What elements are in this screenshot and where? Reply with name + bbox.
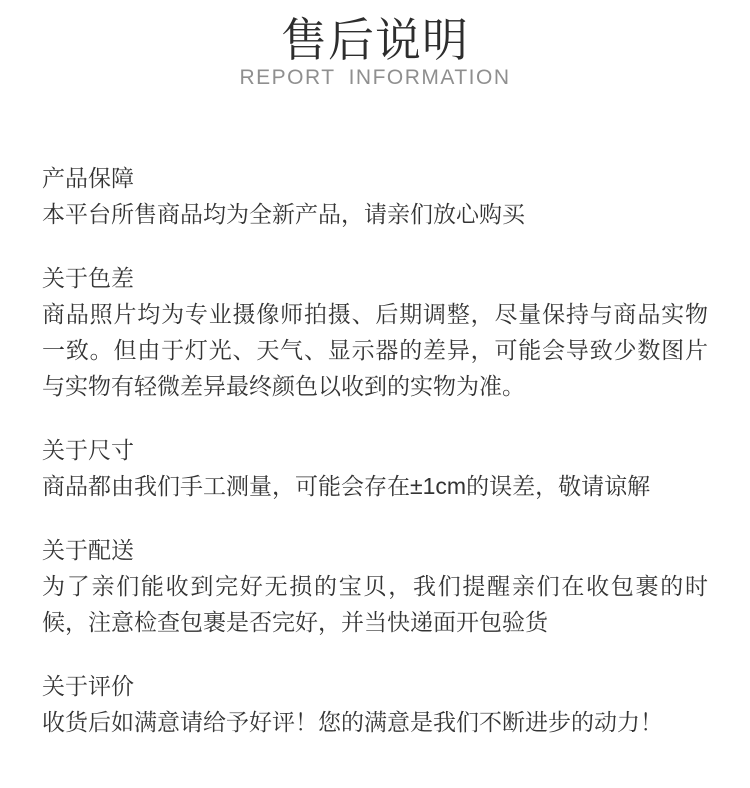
after-sales-info-page: 售后说明 REPORT INFORMATION 产品保障 本平台所售商品均为全新… bbox=[0, 0, 750, 788]
page-header: 售后说明 REPORT INFORMATION bbox=[0, 0, 750, 90]
section-heading: 产品保障 bbox=[42, 160, 708, 196]
section-body: 收货后如满意请给予好评！您的满意是我们不断进步的动力！ bbox=[42, 704, 708, 740]
section-body: 本平台所售商品均为全新产品，请亲们放心购买 bbox=[42, 196, 708, 232]
sections-container: 产品保障 本平台所售商品均为全新产品，请亲们放心购买 关于色差 商品照片均为专业… bbox=[0, 160, 750, 740]
section-review: 关于评价 收货后如满意请给予好评！您的满意是我们不断进步的动力！ bbox=[42, 668, 708, 740]
section-heading: 关于尺寸 bbox=[42, 432, 708, 468]
section-body: 商品都由我们手工测量，可能会存在±1cm的误差，敬请谅解 bbox=[42, 468, 708, 504]
section-color-difference: 关于色差 商品照片均为专业摄像师拍摄、后期调整，尽量保持与商品实物一致。但由于灯… bbox=[42, 260, 708, 404]
section-heading: 关于色差 bbox=[42, 260, 708, 296]
section-size: 关于尺寸 商品都由我们手工测量，可能会存在±1cm的误差，敬请谅解 bbox=[42, 432, 708, 504]
section-body: 为了亲们能收到完好无损的宝贝，我们提醒亲们在收包裹的时候，注意检查包裹是否完好，… bbox=[42, 568, 708, 640]
section-heading: 关于评价 bbox=[42, 668, 708, 704]
page-subtitle: REPORT INFORMATION bbox=[0, 66, 750, 90]
section-delivery: 关于配送 为了亲们能收到完好无损的宝贝，我们提醒亲们在收包裹的时候，注意检查包裹… bbox=[42, 532, 708, 640]
section-body: 商品照片均为专业摄像师拍摄、后期调整，尽量保持与商品实物一致。但由于灯光、天气、… bbox=[42, 296, 708, 404]
section-product-guarantee: 产品保障 本平台所售商品均为全新产品，请亲们放心购买 bbox=[42, 160, 708, 232]
page-title: 售后说明 bbox=[0, 14, 750, 66]
section-heading: 关于配送 bbox=[42, 532, 708, 568]
